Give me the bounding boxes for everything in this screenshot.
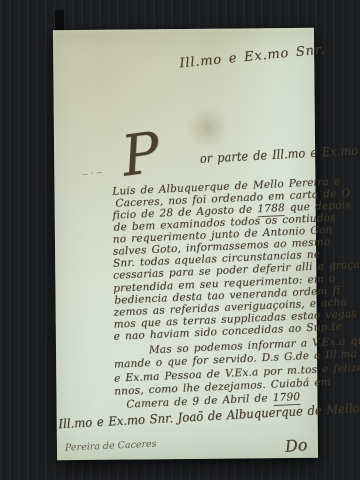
scan-backdrop: Ill.mo e Ex.mo Snr. ‒ · ‒ P or parte de … — [0, 0, 360, 480]
header-salutation: Ill.mo e Ex.mo Snr. — [179, 43, 326, 70]
marginal-ink-mark: ‒ · ‒ — [82, 167, 123, 181]
opening-drop-cap-initial: P — [119, 125, 164, 185]
catchword: Do — [284, 437, 308, 455]
manuscript-page: Ill.mo e Ex.mo Snr. ‒ · ‒ P or parte de … — [53, 28, 318, 460]
opening-line: or parte de Ill.mo e Ex.mo Snr. — [200, 143, 360, 165]
address-line: Pereira de Caceres — [65, 440, 157, 454]
